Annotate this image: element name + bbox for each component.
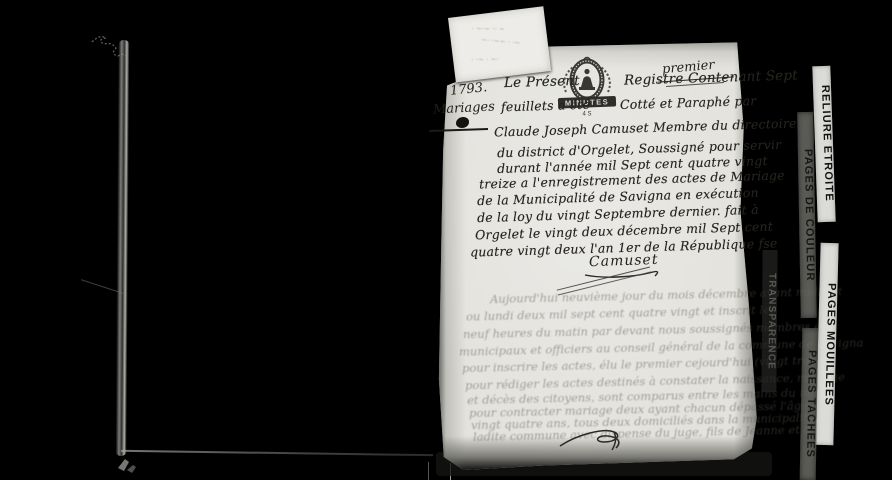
condition-strip-pages-de-couleur: PAGES DE COULEUR [797,112,817,318]
slip-scribble: ~· ·~~ · ·~ [481,36,521,47]
cover-bottom-edge [121,450,433,456]
paper-slip: · ~·~ ·· ~ ~· ·~~ · ·~ · ·~ · ~· [448,6,551,82]
condition-strip-reliure-etroite: RELIURE ETROITE [812,66,835,223]
corner-scrap [112,448,146,474]
binding-thread-tick [428,462,429,480]
condition-strip-transparence: TRANSPARENCE [761,250,777,392]
condition-strip-pages-tachees: PAGES TACHEES [800,328,819,480]
bottom-paraph-flourish [556,426,628,454]
slip-scribble: · ~·~ ·· ~ [472,25,505,34]
frayed-thread [86,22,132,64]
book-spine-edge [116,40,130,456]
act-text-line: Le Présent [504,73,580,91]
slip-scribble: · ·~ · ~· [471,56,498,64]
archive-scan: · ~·~ ·· ~ ~· ·~~ · ·~ · ·~ · ~· 1793. M… [0,0,892,480]
stamp-value-text: 4 S [582,112,591,118]
act-text-line: feuillets a été [501,97,591,115]
condition-strip-pages-mouillees: PAGES MOUILLEES [815,243,838,445]
